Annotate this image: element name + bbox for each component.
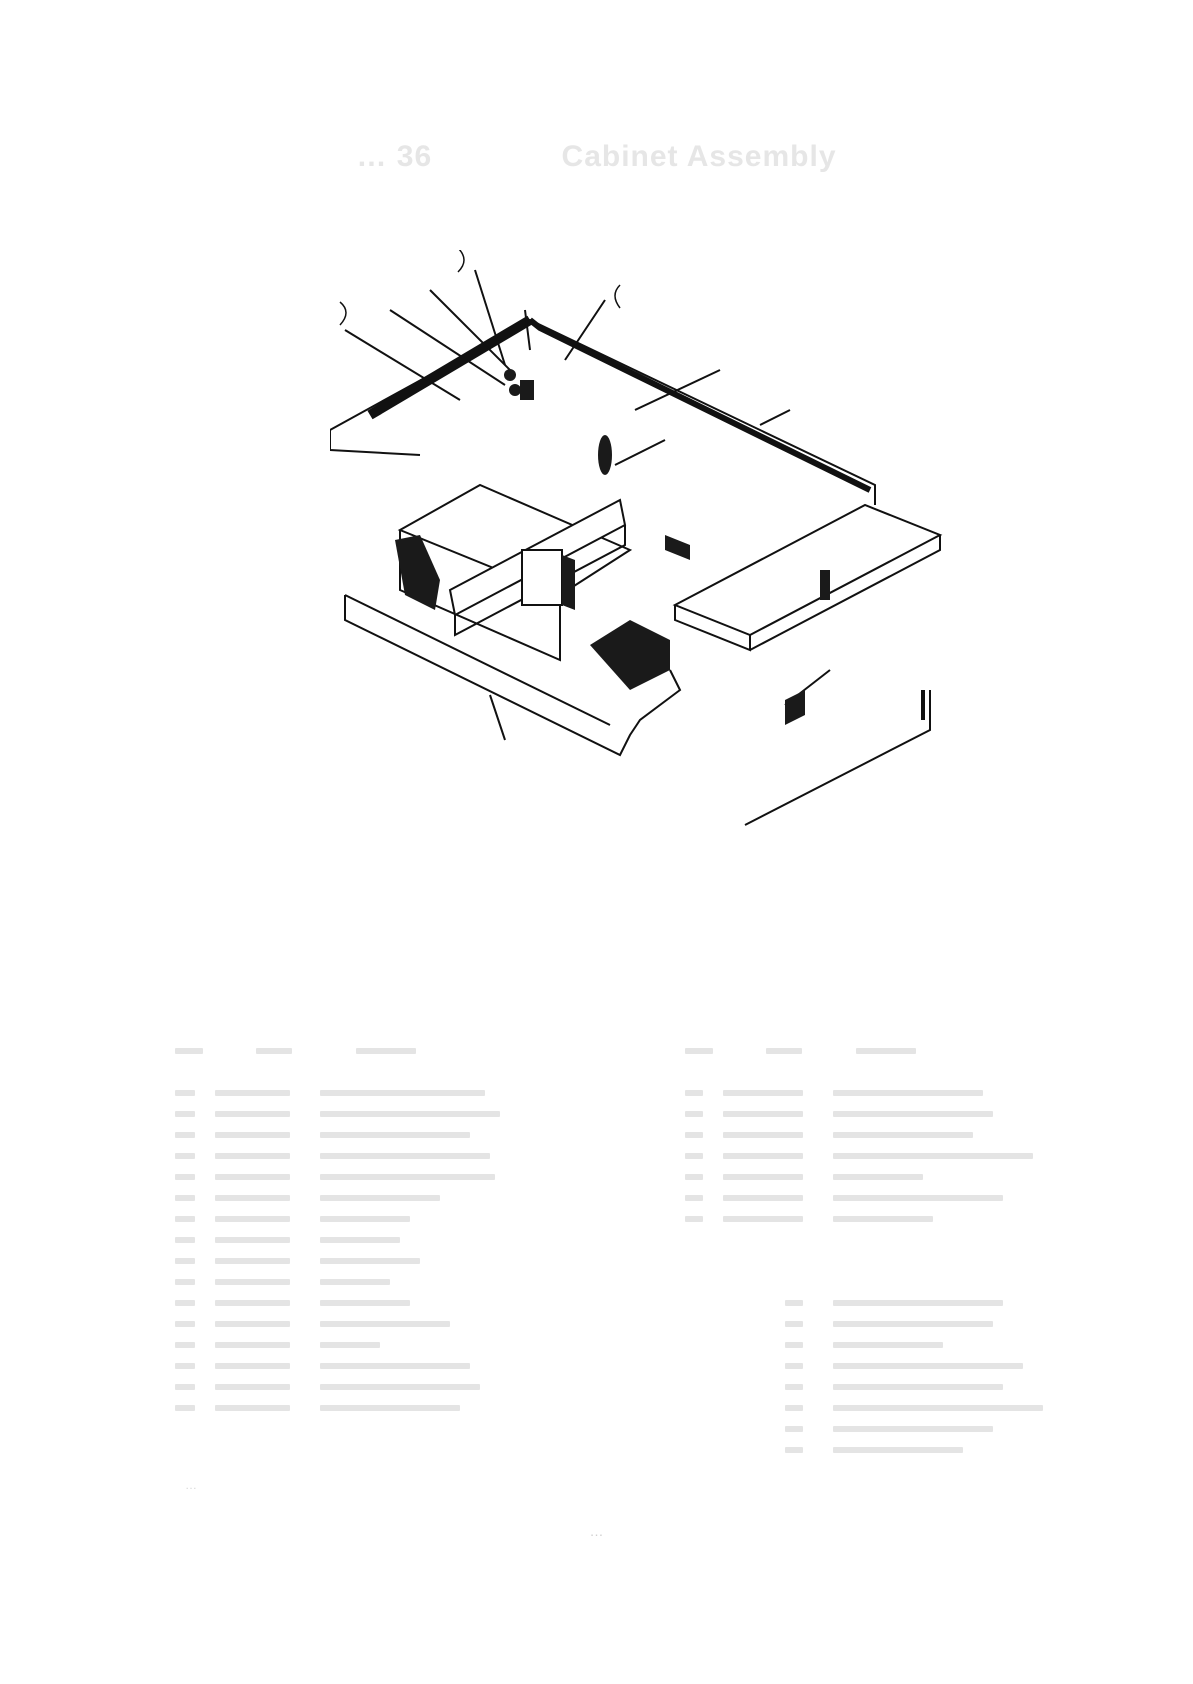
parts-list-left [175,1040,500,1418]
title-prefix: … 36 [356,140,432,173]
parts-list-right [685,1040,1043,1460]
cabinet-assembly-diagram [330,250,1030,910]
page-title: … 36 Cabinet Assembly [0,140,1193,174]
title-text: Cabinet Assembly [562,140,837,173]
footnote: … [185,1478,197,1492]
page-number: … [0,1523,1193,1539]
